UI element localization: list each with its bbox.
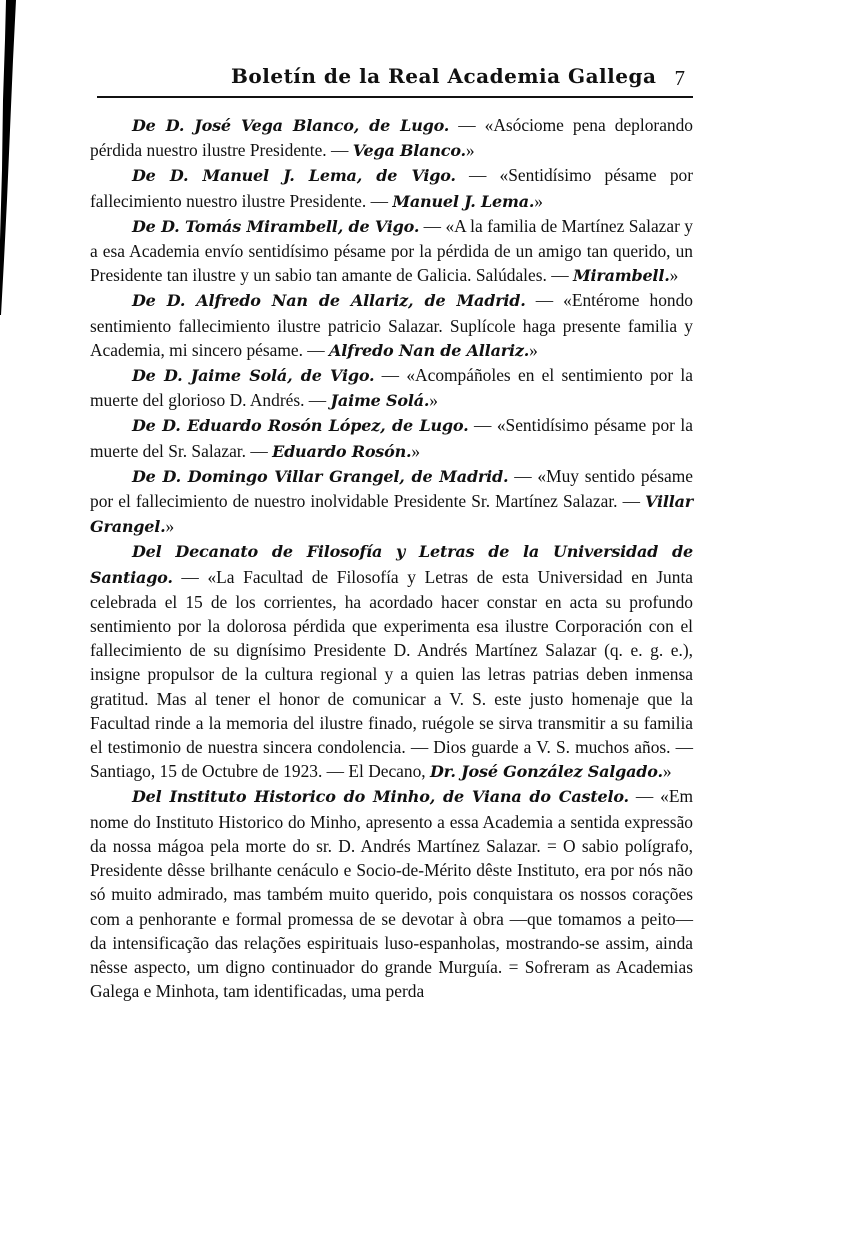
closing-quote: » [534, 191, 543, 211]
signature: Mirambell. [573, 266, 670, 285]
sender: De D. Alfredo Nan de Allariz, de Madrid. [132, 291, 526, 310]
sender: De D. Manuel J. Lema, de Vigo. [132, 166, 456, 185]
sender: Del Instituto Historico do Minho, de Via… [132, 787, 629, 806]
signature: Dr. José González Salgado. [430, 762, 663, 781]
closing-quote: » [411, 441, 420, 461]
sender: De D. Eduardo Rosón López, de Lugo. [132, 416, 468, 435]
message: — «Em nome do Instituto Historico do Min… [90, 786, 693, 1001]
closing-quote: » [529, 340, 538, 360]
sender: De D. Tomás Mirambell, de Vigo. [132, 217, 419, 236]
signature: Vega Blanco. [353, 141, 466, 160]
condolence-paragraph: De D. Jaime Solá, de Vigo. — «Acompáñole… [90, 363, 693, 413]
condolence-paragraph: De D. Domingo Villar Grangel, de Madrid.… [90, 464, 693, 540]
closing-quote: » [670, 265, 679, 285]
closing-quote: » [429, 390, 438, 410]
closing-quote: » [166, 516, 175, 536]
signature: Manuel J. Lema. [392, 192, 534, 211]
signature: Jaime Solá. [331, 391, 430, 410]
header-rule [97, 96, 693, 98]
sender: De D. José Vega Blanco, de Lugo. [132, 116, 449, 135]
running-title: Boletín de la Real Academia Gallega [231, 64, 656, 88]
condolence-paragraph: Del Instituto Historico do Minho, de Via… [90, 784, 693, 1004]
condolence-paragraph: De D. José Vega Blanco, de Lugo. — «Asóc… [90, 113, 693, 163]
signature: Eduardo Rosón. [272, 442, 411, 461]
condolence-paragraph: De D. Eduardo Rosón López, de Lugo. — «S… [90, 413, 693, 463]
sender: De D. Domingo Villar Grangel, de Madrid. [132, 467, 508, 486]
body-text: De D. José Vega Blanco, de Lugo. — «Asóc… [90, 113, 693, 1004]
scan-edge-shadow [0, 0, 20, 320]
condolence-paragraph: De D. Manuel J. Lema, de Vigo. — «Sentid… [90, 163, 693, 213]
condolence-paragraph: De D. Alfredo Nan de Allariz, de Madrid.… [90, 288, 693, 363]
closing-quote: » [466, 140, 475, 160]
condolence-paragraph: Del Decanato de Filosofía y Letras de la… [90, 539, 693, 784]
signature: Alfredo Nan de Allariz. [329, 341, 529, 360]
closing-quote: » [663, 761, 672, 781]
condolence-paragraph: De D. Tomás Mirambell, de Vigo. — «A la … [90, 214, 693, 289]
sender: De D. Jaime Solá, de Vigo. [132, 366, 374, 385]
message: — «La Facultad de Filosofía y Letras de … [90, 567, 693, 782]
page-number: 7 [675, 66, 686, 91]
running-head: Boletín de la Real Academia Gallega 7 [97, 62, 693, 92]
